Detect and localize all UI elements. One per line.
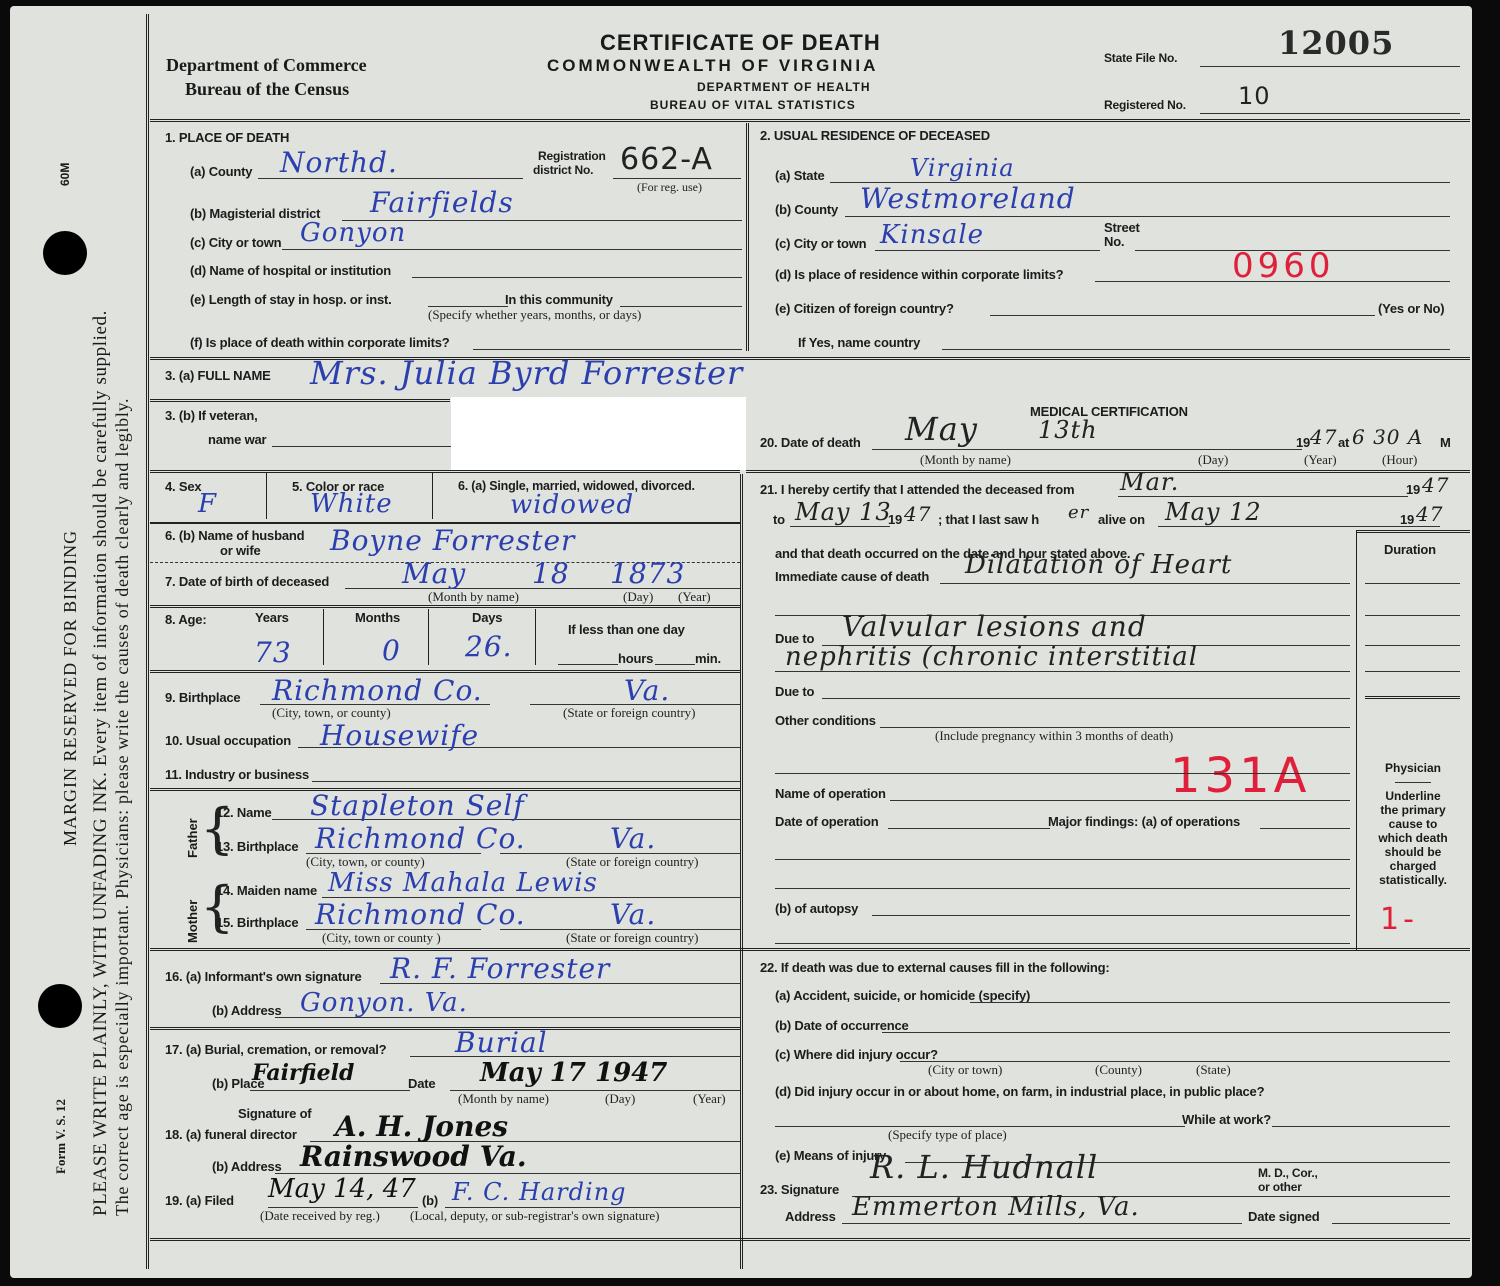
burial-date-value[interactable]: May 17 1947 [480,1058,667,1088]
dod-hour-note: (Hour) [1382,452,1417,468]
street-label: Street [1104,220,1140,235]
or-other-label: or other [1258,1180,1302,1194]
autopsy-label: (b) of autopsy [775,901,858,916]
director-address-value[interactable]: Rainswood Va. [300,1140,527,1173]
res-county-value[interactable]: Westmoreland [860,182,1076,215]
dept-health: DEPARTMENT OF HEALTH [697,80,871,94]
birthplace-city[interactable]: Richmond Co. [272,674,483,707]
physician-address[interactable]: Emmerton Mills, Va. [852,1192,1140,1222]
filed-label: 19. (a) Filed [165,1193,234,1208]
burial-day-note: (Day) [605,1091,635,1107]
occupation-label: 10. Usual occupation [165,733,291,748]
external-state-note: (State) [1196,1062,1231,1078]
years-label: Years [255,610,289,625]
margin-reserved-text: MARGIN RESERVED FOR BINDING [60,530,81,846]
age-days[interactable]: 26. [465,630,513,663]
war-label: name war [208,432,266,447]
certificate-title: CERTIFICATE OF DEATH [600,30,881,56]
full-name-value[interactable]: Mrs. Julia Byrd Forrester [310,354,743,392]
physician-signature[interactable]: R. L. Hudnall [870,1148,1098,1186]
reg-district-value[interactable]: 662-A [620,142,713,177]
country-label: If Yes, name country [798,335,920,350]
side-note-1: the primary [1368,803,1458,817]
pregnancy-note: (Include pregnancy within 3 months of de… [935,728,1173,744]
res-city-label: (c) City or town [775,236,866,251]
to-label: to [773,512,785,527]
alive-year-prefix: 19 [1400,512,1414,527]
bureau-vital-stats: BUREAU OF VITAL STATISTICS [650,98,856,112]
registered-number: 10 [1238,82,1271,110]
commonwealth-title: COMMONWEALTH OF VIRGINIA [547,56,878,76]
side-note-3: which death [1368,831,1458,845]
operation-label: Name of operation [775,786,886,801]
attended-to[interactable]: May 13 [795,498,892,526]
due-to-value1[interactable]: Valvular lesions and [842,610,1147,643]
day-note: (Day) [623,589,653,605]
mother-city-note: (City, town or county ) [322,930,441,946]
city-value[interactable]: Gonyon [300,218,406,248]
director-label: Signature of [238,1106,311,1121]
hospital-label: (d) Name of hospital or institution [190,263,391,278]
dod-month-note: (Month by name) [920,452,1011,468]
less-than-day-label: If less than one day [568,622,685,637]
county-value[interactable]: Northd. [280,146,398,179]
binding-hole-top [43,231,87,275]
dod-year[interactable]: 47 [1310,425,1337,449]
center-divider-top [746,123,749,351]
race-value[interactable]: White [310,489,393,519]
month-note: (Month by name) [428,589,519,605]
external-city-note: (City or town) [928,1062,1002,1078]
side-note-5: charged [1368,859,1458,873]
place-of-death-heading: 1. PLACE OF DEATH [165,130,289,145]
registrar-signature[interactable]: F. C. Harding [452,1178,627,1206]
alive-label: alive on [1098,512,1145,527]
father-birthplace-city[interactable]: Richmond Co. [315,822,526,855]
mother-birthplace-city[interactable]: Richmond Co. [315,898,526,931]
county-label: (a) County [190,164,252,179]
dod-label: 20. Date of death [760,435,861,450]
mother-name-label: 14. Maiden name [216,883,317,898]
res-corporate-label: (d) Is place of residence within corpora… [775,267,1063,282]
redacted-region [451,397,746,470]
street-no-label: No. [1104,234,1124,249]
sex-value[interactable]: F [198,489,217,519]
age-label: 8. Age: [165,612,206,627]
informant-signature-label: 16. (a) Informant's own signature [165,969,362,984]
op-date-label: Date of operation [775,814,879,829]
dod-month[interactable]: May [905,410,978,448]
dod-year-prefix: 19 [1296,435,1310,450]
attended-to-year-prefix: 19 [888,512,902,527]
dob-year[interactable]: 1873 [610,557,685,590]
informant-address-label: (b) Address [212,1003,282,1018]
community-label: In this community [505,292,613,307]
sex-label: 4. Sex [165,479,201,494]
side-physician: Physician [1378,761,1448,775]
months-label: Months [355,610,400,625]
father-label: Father [185,818,200,858]
yes-no-note: (Yes or No) [1378,301,1444,316]
bureau-census: Bureau of the Census [185,79,349,100]
min-label: min. [695,651,721,666]
dod-day-note: (Day) [1198,452,1228,468]
binding-hole-bottom [38,984,82,1028]
date-received-note: (Date received by reg.) [260,1208,380,1224]
last-saw-label: ; that I last saw h [938,512,1039,527]
side-note-6: statistically. [1368,873,1458,887]
magisterial-value[interactable]: Fairfields [370,186,514,219]
city-label: (c) City or town [190,235,281,250]
corporate-limits-label: (f) Is place of death within corporate l… [190,335,450,350]
external-a-label: (a) Accident, suicide, or homicide (spec… [775,988,1030,1003]
disposition-value[interactable]: Burial [455,1026,548,1059]
registered-label: Registered No. [1104,98,1186,112]
side-note-0: Underline [1368,789,1458,803]
hours-label: hours [618,651,653,666]
side-note-2: cause to [1368,817,1458,831]
dod-year-note: (Year) [1304,452,1337,468]
spouse-value[interactable]: Boyne Forrester [330,524,575,557]
external-b-label: (b) Date of occurrence [775,1018,909,1033]
attended-to-year[interactable]: 47 [904,502,931,526]
attended-from-year-prefix: 19 [1406,482,1420,497]
state-file-number: 12005 [1278,24,1394,62]
mother-label: Mother [185,900,200,943]
place-type-note: (Specify type of place) [888,1127,1007,1143]
citizen-label: (e) Citizen of foreign country? [775,301,954,316]
alive-date[interactable]: May 12 [1165,498,1262,526]
mother-name-value[interactable]: Miss Mahala Lewis [328,868,598,898]
duration-label: Duration [1384,542,1436,557]
instructions-line2: The correct age is especially important.… [112,398,133,1216]
father-birthplace-label: 13. Birthplace [216,839,298,854]
side-note-4: should be [1368,845,1458,859]
days-label: Days [472,610,502,625]
external-heading: 22. If death was due to external causes … [760,960,1110,975]
full-name-label: 3. (a) FULL NAME [165,368,271,383]
filed-date[interactable]: May 14, 47 [268,1174,416,1204]
res-state-label: (a) State [775,168,825,183]
immediate-cause-label: Immediate cause of death [775,569,929,584]
physician-signature-label: 23. Signature [760,1182,839,1197]
attended-label: 21. I hereby certify that I attended the… [760,482,1074,497]
physician-address-label: Address [785,1209,836,1224]
dod-day[interactable]: 13th [1038,416,1098,444]
res-city-value[interactable]: Kinsale [880,220,984,250]
residence-code: 0960 [1232,246,1335,286]
while-at-work-label: While at work? [1182,1112,1271,1127]
md-label: M. D., Cor., [1258,1166,1318,1180]
informant-address-value[interactable]: Gonyon. Va. [300,988,468,1018]
last-saw-pronoun[interactable]: er [1068,502,1089,523]
residence-heading: 2. USUAL RESIDENCE OF DECEASED [760,128,990,143]
father-name-label: 12. Name [216,805,272,820]
external-d-label: (d) Did injury occur in or about home, o… [775,1084,1264,1099]
reg-district-label2: district No. [533,163,593,177]
dob-month[interactable]: May [402,557,466,590]
findings-label: Major findings: (a) of operations [1048,814,1240,829]
marital-value[interactable]: widowed [510,490,634,520]
occupation-value[interactable]: Housewife [320,719,479,752]
burial-place-value[interactable]: Fairfield [252,1060,354,1086]
attended-from[interactable]: Mar. [1120,468,1179,496]
attended-from-year[interactable]: 47 [1422,473,1449,497]
stay-label: (e) Length of stay in hosp. or inst. [190,292,392,307]
father-name-value[interactable]: Stapleton Self [310,789,525,822]
registrar-label: (b) [422,1193,438,1208]
cause-code: 131A [1170,748,1310,804]
res-state-value[interactable]: Virginia [910,154,1015,182]
specify-note: (Specify whether years, months, or days) [428,307,641,323]
informant-signature-value[interactable]: R. F. Forrester [390,952,610,985]
mother-birthplace-label: 15. Birthplace [216,915,298,930]
director-label2: 18. (a) funeral director [165,1127,297,1142]
form-left-border [146,14,149,1269]
reg-use-note: (For reg. use) [637,180,702,195]
dob-label: 7. Date of birth of deceased [165,574,329,589]
print-code: 60M [58,163,72,186]
external-c-label: (c) Where did injury occur? [775,1047,938,1062]
due-to2-label: Due to [775,684,814,699]
mother-birthplace-state[interactable]: Va. [610,898,656,931]
dod-m: M [1440,435,1451,450]
center-divider-bottom [740,474,743,1269]
form-number: Form V. S. 12 [53,1099,69,1174]
age-months[interactable]: 0 [382,634,401,667]
res-county-label: (b) County [775,202,838,217]
due-to-value2[interactable]: nephritis (chronic interstitial [785,642,1198,672]
dob-day[interactable]: 18 [532,557,570,590]
external-county-note: (County) [1095,1062,1142,1078]
dept-commerce: Department of Commerce [166,55,367,76]
spouse-label: 6. (b) Name of husband [165,528,304,543]
dod-hour[interactable]: 6 30 A [1352,425,1423,449]
age-years[interactable]: 73 [254,636,292,669]
reg-district-label: Registration [538,149,606,163]
registrar-note: (Local, deputy, or sub-registrar's own s… [410,1208,660,1224]
burial-month-note: (Month by name) [458,1091,549,1107]
veteran-label: 3. (b) If veteran, [165,408,257,423]
date-signed-label: Date signed [1248,1209,1319,1224]
industry-label: 11. Industry or business [165,767,309,782]
mother-state-note: (State or foreign country) [566,930,698,946]
father-birthplace-state[interactable]: Va. [610,822,656,855]
spouse-label2: or wife [220,543,261,558]
director-signature[interactable]: A. H. Jones [335,1110,508,1143]
year-note: (Year) [678,589,711,605]
birthplace-label: 9. Birthplace [165,690,240,705]
birthplace-state-note: (State or foreign country) [563,705,695,721]
state-file-label: State File No. [1104,51,1177,65]
side-mark: 1- [1380,902,1418,937]
instructions-line1: PLEASE WRITE PLAINLY, WITH UNFADING INK.… [90,310,112,1216]
immediate-cause-value[interactable]: Dilatation of Heart [965,550,1232,580]
certificate-paper: 60M Form V. S. 12 MARGIN RESERVED FOR BI… [10,6,1472,1278]
alive-year[interactable]: 47 [1416,502,1443,526]
director-address-label: (b) Address [212,1159,282,1174]
burial-year-note: (Year) [693,1091,726,1107]
other-conditions-label: Other conditions [775,713,876,728]
dod-at: at [1338,435,1349,450]
burial-date-label: Date [408,1076,435,1091]
disposition-label: 17. (a) Burial, cremation, or removal? [165,1042,386,1057]
birthplace-state[interactable]: Va. [624,674,670,707]
